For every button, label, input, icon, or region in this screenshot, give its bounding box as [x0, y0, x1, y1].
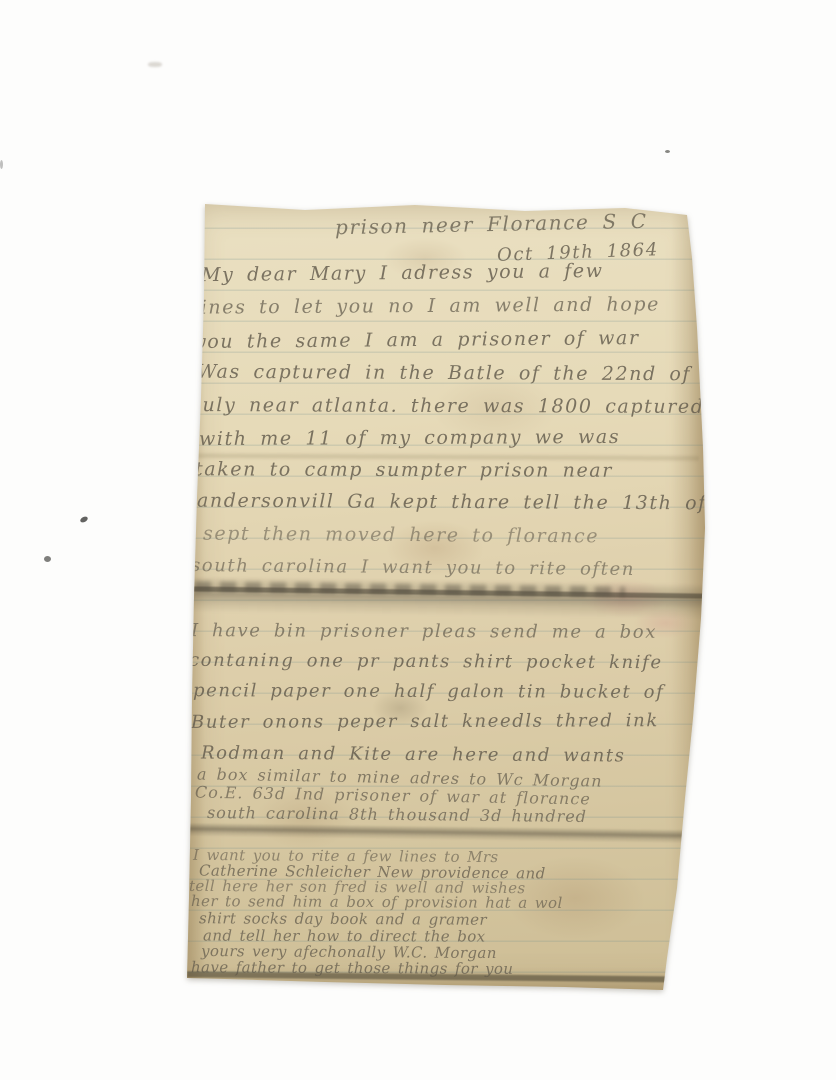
letter-paper: prison neer Florance S C Oct 19th 1864 M… — [185, 198, 705, 993]
letter-line: contaning one pr pants shirt pocket knif… — [189, 650, 663, 673]
fold-crease-lower — [185, 822, 703, 843]
letter-line: sept then moved here to florance — [203, 523, 599, 548]
paper-background: prison neer Florance S C Oct 19th 1864 M… — [185, 198, 705, 993]
letter-line: lines to let you no I am well and hope — [193, 293, 660, 318]
scan-smudge — [148, 62, 162, 67]
scan-speck — [44, 556, 51, 562]
letter-line: you the same I am a prisoner of war — [195, 327, 640, 353]
letter-line: with me 11 of my company we was — [199, 426, 620, 450]
letter-line: My dear Mary I adress you a few — [201, 260, 604, 286]
scan-speck — [79, 515, 88, 523]
letter-line: Buter onons peper salt kneedls thred ink — [191, 710, 659, 733]
scan-speck — [665, 150, 670, 153]
letter-line: andersonvill Ga kept thare tell the 13th… — [197, 490, 707, 515]
letter-scan: prison neer Florance S C Oct 19th 1864 M… — [0, 0, 836, 1080]
letter-line: july near atlanta. there was 1800 captur… — [195, 394, 705, 418]
letter-line: I have bin prisoner pleas send me a box — [191, 620, 657, 643]
letter-heading-place: prison neer Florance S C — [335, 209, 648, 240]
fold-crease-upper-band — [185, 576, 705, 619]
letter-line: taken to camp sumpter prison near — [195, 458, 613, 481]
letter-line: south carolina 8th thousand 3d hundred — [207, 803, 587, 826]
letter-line: have father to get those things for you — [191, 958, 513, 978]
fold-crease-upper-line — [187, 586, 703, 598]
letter-line: south carolina I want you to rite often — [191, 555, 635, 580]
letter-line: Rodman and Kite are here and wants — [201, 743, 626, 767]
scan-speck — [0, 160, 3, 169]
faded-illegible-line — [195, 581, 625, 596]
letter-line: Was captured in the Batle of the 22nd of — [197, 361, 691, 386]
letter-line: pencil paper one half galon tin bucket o… — [193, 680, 664, 703]
